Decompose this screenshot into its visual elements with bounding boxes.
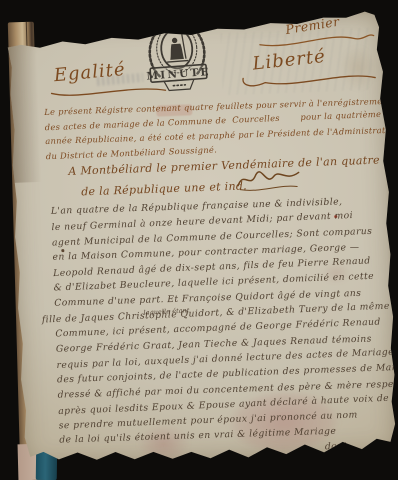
marriage-act-body: L'an quatre de la République française u… [51,192,398,464]
archival-scan: MINUTE Premier Egalité Liberté Le présen… [0,0,398,480]
official-signature [234,164,305,199]
seated-figure [169,37,184,60]
manuscript-page: MINUTE Premier Egalité Liberté Le présen… [5,9,398,469]
crease-shadow-top-left [7,32,48,183]
signature-flourish [234,164,305,195]
egalite-flourish [49,81,170,101]
stamp-crest-ornament [169,20,181,27]
seal-ground-line [168,61,188,62]
stamp-tab-marks [173,85,185,86]
